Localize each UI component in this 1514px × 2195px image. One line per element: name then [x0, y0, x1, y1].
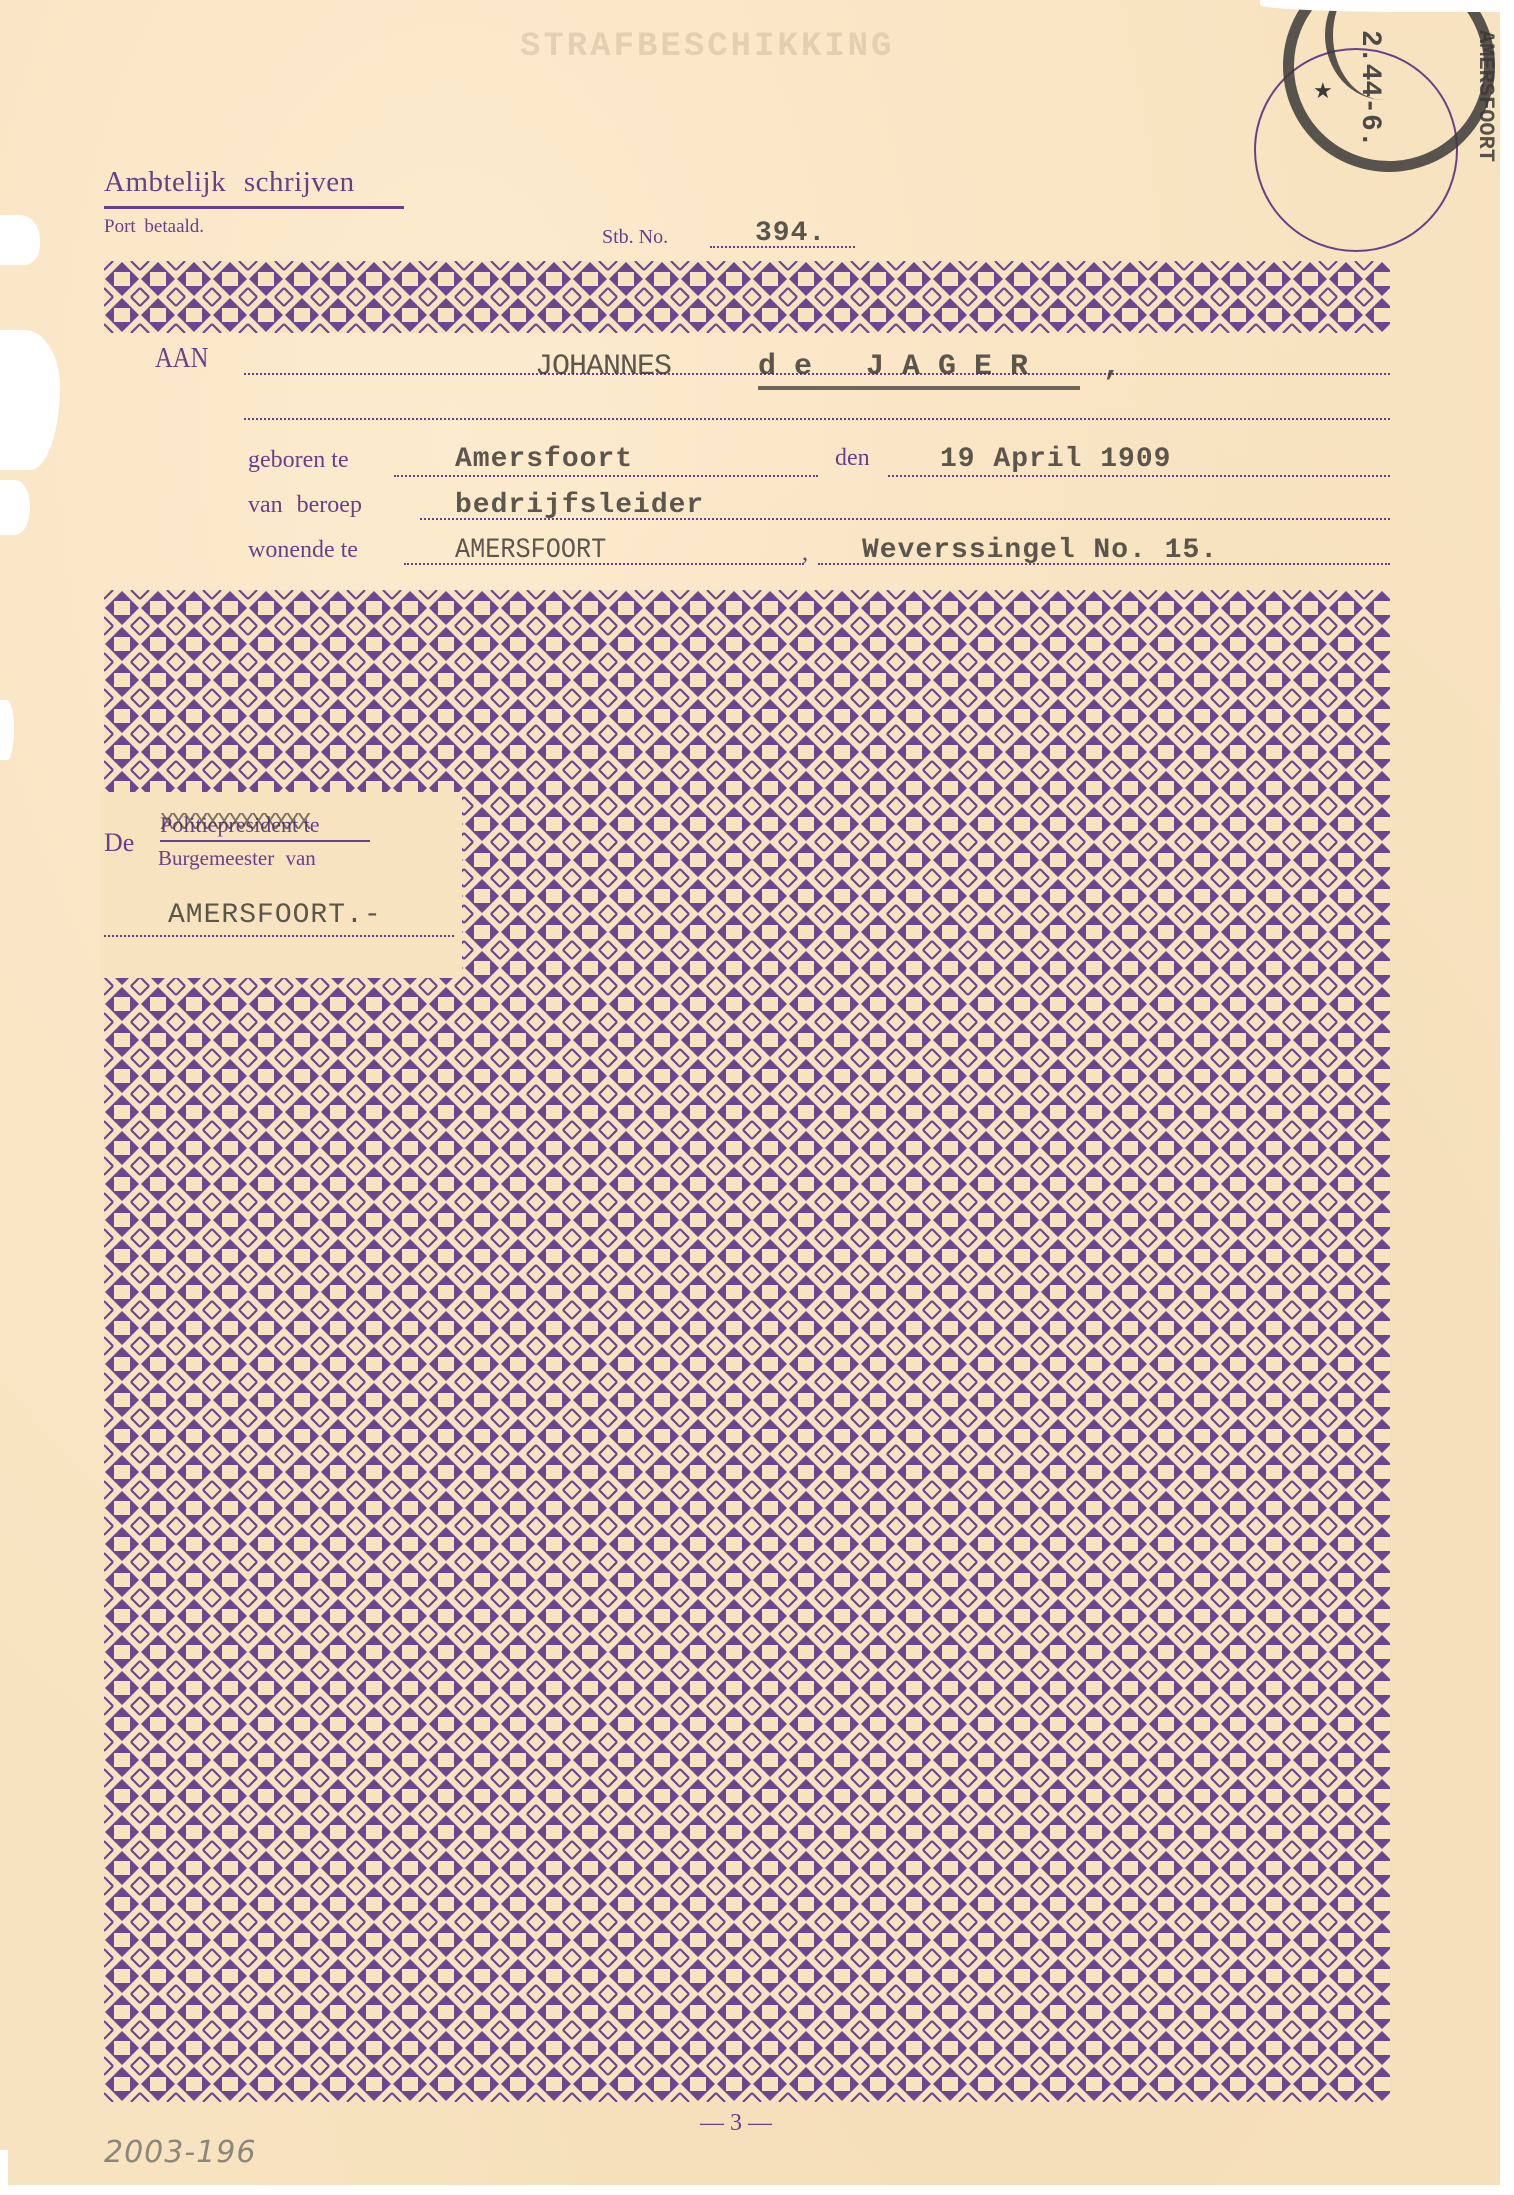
residence-label: wonende te	[248, 537, 358, 564]
torn-edge	[0, 700, 14, 760]
residence-separator: ,	[802, 540, 808, 567]
signatory-prefix: De	[104, 828, 134, 858]
birthdate-label: den	[835, 445, 870, 472]
torn-edge	[0, 215, 40, 265]
page-margin	[1500, 0, 1514, 2195]
birthdate-value: 19 April 1909	[940, 444, 1171, 475]
addressee-surname: de JAGER	[758, 350, 1046, 384]
struck-title-overtype: XXXXXXXXXXXXX	[160, 810, 308, 837]
residence-street-value: Weverssingel No. 15.	[862, 535, 1218, 566]
header-title: Ambtelijk schrijven	[104, 166, 355, 199]
signatory-title-rule	[160, 840, 370, 842]
occupation-value: bedrijfsleider	[455, 490, 704, 521]
birthplace-value: Amersfoort	[455, 444, 633, 475]
addressee-first-name: JOHANNES	[535, 350, 671, 384]
birthplace-label: geboren te	[248, 447, 349, 474]
security-pattern-top-band	[104, 261, 1390, 333]
birthdate-dotted-line	[888, 475, 1390, 477]
birthplace-dotted-line	[394, 475, 818, 477]
addressee-comma: ,	[1103, 350, 1122, 384]
header-title-rule	[104, 206, 404, 209]
postmark-city: AMERSFOORT	[1473, 30, 1498, 162]
page-number: — 3 —	[700, 2110, 772, 2137]
signatory-city: AMERSFOORT.-	[168, 900, 382, 931]
archive-pencil-note: 2003-196	[104, 2135, 256, 2170]
addressee-surname-underline	[758, 386, 1080, 390]
postmark-date: 2.44-6.	[1354, 30, 1385, 148]
residence-city-value: AMERSFOORT	[455, 535, 606, 566]
signatory-city-dotted-line	[104, 935, 454, 937]
register-label: Stb. No.	[602, 226, 668, 249]
postmark-star-icon: ★	[1313, 78, 1333, 104]
register-number: 394.	[755, 218, 826, 249]
occupation-label: van beroep	[248, 492, 362, 519]
postage-note: Port betaald.	[104, 216, 204, 238]
torn-edge	[0, 480, 30, 535]
page-margin	[0, 2185, 1514, 2195]
faded-show-through-heading: STRAFBESCHIKKING	[520, 28, 894, 66]
signatory-title: Burgemeester van	[158, 846, 316, 871]
addressee-dotted-line-2	[244, 418, 1390, 420]
addressee-label: AAN	[155, 343, 208, 375]
